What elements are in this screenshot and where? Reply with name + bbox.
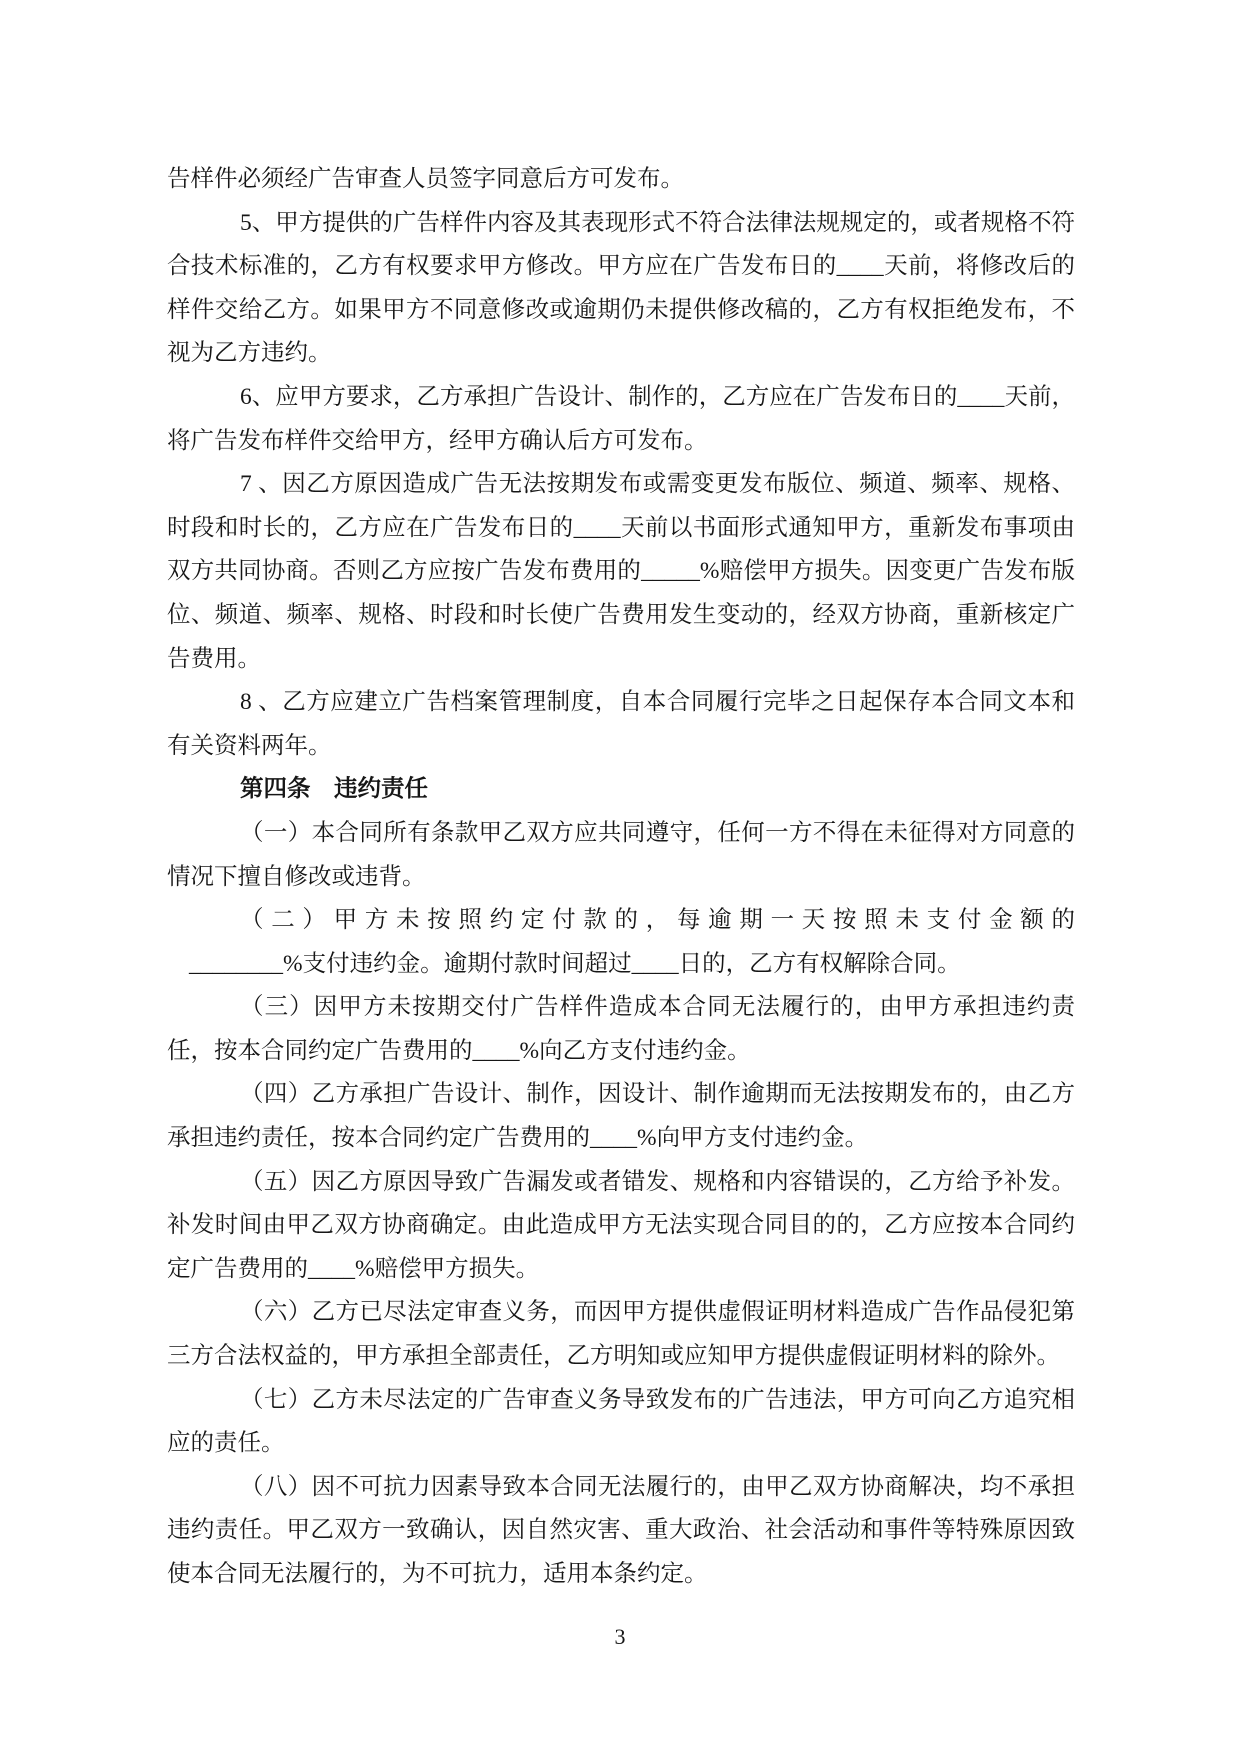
liability-item-8: （八）因不可抗力因素导致本合同无法履行的，由甲乙双方协商解决，均不承担违约责任。… [167, 1466, 1075, 1597]
liability-item-5: （五）因乙方原因导致广告漏发或者错发、规格和内容错误的，乙方给予补发。补发时间由… [167, 1161, 1075, 1292]
liability-item-3: （三）因甲方未按期交付广告样件造成本合同无法履行的，由甲方承担违约责任，按本合同… [167, 986, 1075, 1073]
clause-5-paragraph: 5、甲方提供的广告样件内容及其表现形式不符合法律法规规定的，或者规格不符合技术标… [167, 202, 1075, 376]
liability-item-1: （一）本合同所有条款甲乙双方应共同遵守，任何一方不得在未征得对方同意的情况下擅自… [167, 812, 1075, 899]
article-4-heading: 第四条 违约责任 [167, 768, 1075, 812]
document-page: 告样件必须经广告审查人员签字同意后方可发布。 5、甲方提供的广告样件内容及其表现… [0, 0, 1240, 1754]
liability-item-2-line-1: （二）甲方未按照约定付款的，每逾期一天按照未支付金额的 [167, 899, 1075, 943]
clause-4-continuation-text: 告样件必须经广告审查人员签字同意后方可发布。 [167, 158, 1075, 202]
clause-6-paragraph: 6、应甲方要求，乙方承担广告设计、制作的，乙方应在广告发布日的____天前，将广… [167, 376, 1075, 463]
liability-item-2-line-2: ________%支付违约金。逾期付款时间超过____日的，乙方有权解除合同。 [167, 943, 1075, 987]
liability-item-6: （六）乙方已尽法定审查义务，而因甲方提供虚假证明材料造成广告作品侵犯第三方合法权… [167, 1291, 1075, 1378]
clause-8-paragraph: 8 、乙方应建立广告档案管理制度，自本合同履行完毕之日起保存本合同文本和有关资料… [167, 681, 1075, 768]
liability-item-7: （七）乙方未尽法定的广告审查义务导致发布的广告违法，甲方可向乙方追究相应的责任。 [167, 1379, 1075, 1466]
page-number: 3 [0, 1622, 1240, 1652]
clause-7-paragraph: 7 、因乙方原因造成广告无法按期发布或需变更发布版位、频道、频率、规格、时段和时… [167, 463, 1075, 681]
contract-text-block: 告样件必须经广告审查人员签字同意后方可发布。 5、甲方提供的广告样件内容及其表现… [167, 158, 1075, 1597]
liability-item-4: （四）乙方承担广告设计、制作，因设计、制作逾期而无法按期发布的，由乙方承担违约责… [167, 1073, 1075, 1160]
